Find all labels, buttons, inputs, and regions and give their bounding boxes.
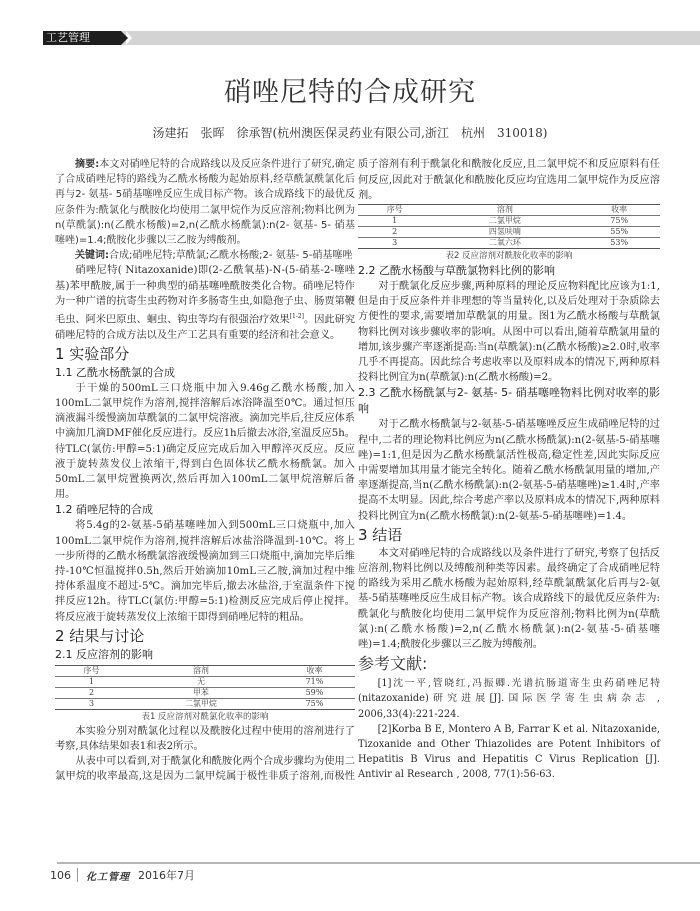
table-cell: 55% (578, 227, 660, 238)
section-2-1-heading: 2.1 反应溶剂的影响 (55, 647, 355, 663)
table-header-cell: 收率 (578, 205, 660, 216)
footer-divider (77, 868, 78, 882)
table-cell: 二氯甲烷 (431, 216, 578, 227)
table-header-row: 序号 溶剂 收率 (358, 205, 660, 216)
journal-name: 化工管理 (86, 868, 130, 883)
keywords-label: 关键词: (75, 250, 109, 261)
table-cell: 1 (55, 676, 128, 687)
table-1: 序号 溶剂 收率 1 无 71% 2 甲苯 59% 3 二氯甲烷 75% (55, 665, 355, 710)
header-band (43, 31, 700, 45)
table-cell: 2 (358, 227, 431, 238)
table-1-caption: 表1 反应溶剂对酰氯化收率的影响 (55, 710, 355, 724)
section-1-heading: 1 实验部分 (55, 344, 355, 364)
intro-paragraph: 硝唑尼特( Nitazoxanide)即(2-乙酰氧基)-N-(5-硝基-2-噻… (55, 263, 355, 342)
citation: [1-2] (290, 313, 304, 320)
table-header-cell: 序号 (358, 205, 431, 216)
section-tag: 工艺管理 (43, 31, 121, 45)
section-2-1-continued: 从表中可以看到,对于酰氯化和酰胺化两个合成步骤均为使用二氯甲烷的收率最高,这是因… (358, 157, 660, 202)
right-column: 从表中可以看到,对于酰氯化和酰胺化两个合成步骤均为使用二氯甲烷的收率最高,这是因… (358, 157, 660, 783)
abstract: 摘要:本文对硝唑尼特的合成路线以及反应条件进行了研究,确定了合成硝唑尼特的路线为… (55, 157, 355, 248)
table-row: 3 二氯甲烷 75% (55, 698, 355, 709)
section-1-1-heading: 1.1 乙酰水杨酰氯的合成 (55, 365, 355, 381)
table-cell: 无 (128, 676, 274, 687)
tag-arrow-icon (121, 31, 128, 45)
table-row: 3 二氧六环 53% (358, 238, 660, 249)
table-row: 1 二氯甲烷 75% (358, 216, 660, 227)
section-1-2-text: 将5.4g的2-氨基-5硝基噻唑加入到500mL三口烧瓶中,加入100mL二氯甲… (55, 518, 355, 624)
section-2-1-text-1: 本实验分别对酰氯化过程以及酰胺化过程中使用的溶剂进行了考察,具体结果如表1和表2… (55, 724, 355, 754)
table-cell: 1 (358, 216, 431, 227)
section-2-1-text-2: 从表中可以看到,对于酰氯化和酰胺化两个合成步骤均为使用二氯甲烷的收率最高,这是因… (55, 754, 355, 784)
section-1-1-text: 于干燥的500mL三口烧瓶中加入9.46g乙酰水杨酸,加入100mL二氯甲烷作为… (55, 381, 355, 503)
table-cell: 71% (274, 676, 355, 687)
reference-item: [2]Korba B E, Montero A B, Farrar K et a… (358, 722, 660, 783)
footer-rule (57, 862, 700, 864)
references-heading: 参考文献: (358, 653, 660, 675)
page-footer: 106 化工管理 2016年7月 (50, 866, 195, 884)
keywords-text: 合成;硝唑尼特;草酰氯;乙酰水杨酸;2- 氨基- 5-硝基噻唑 (109, 250, 352, 261)
section-1-2-heading: 1.2 硝唑尼特的合成 (55, 502, 355, 518)
keywords: 关键词:合成;硝唑尼特;草酰氯;乙酰水杨酸;2- 氨基- 5-硝基噻唑 (55, 248, 355, 263)
table-cell: 2 (55, 687, 128, 698)
section-2-heading: 2 结果与讨论 (55, 626, 355, 646)
section-2-3-text: 对于乙酰水杨酰氯与2-氨基-5-硝基噻唑反应生成硝唑尼特的过程中,二者的理论物料… (358, 417, 660, 523)
table-header-cell: 溶剂 (128, 665, 274, 676)
table-header-cell: 序号 (55, 665, 128, 676)
table-row: 1 无 71% (55, 676, 355, 687)
abstract-label: 摘要: (75, 159, 99, 170)
left-column: 摘要:本文对硝唑尼特的合成路线以及反应条件进行了研究,确定了合成硝唑尼特的路线为… (55, 157, 355, 784)
table-header-cell: 收率 (274, 665, 355, 676)
table-cell: 二氧六环 (431, 238, 578, 249)
table-cell: 3 (55, 698, 128, 709)
table-cell: 53% (578, 238, 660, 249)
section-2-2-text: 对于酰氯化反应步骤,两种原料的理论反应物料配比应该为1:1,但是由于反应条件并非… (358, 279, 660, 385)
table-cell: 3 (358, 238, 431, 249)
article-title: 硝唑尼特的合成研究 (0, 70, 700, 109)
table-cell: 甲苯 (128, 687, 274, 698)
table-cell: 75% (274, 698, 355, 709)
table-cell: 75% (578, 216, 660, 227)
section-3-text: 本文对硝唑尼特的合成路线以及条件进行了研究,考察了包括反应溶剂,物料比例以及缚酸… (358, 546, 660, 652)
table-cell: 四氢呋喃 (431, 227, 578, 238)
issue-date: 2016年7月 (138, 867, 195, 883)
section-2-3-heading: 2.3 乙酰水杨酰氯与2- 氨基- 5- 硝基噻唑物料比例对收率的影响 (358, 385, 660, 417)
table-cell: 二氯甲烷 (128, 698, 274, 709)
section-2-2-heading: 2.2 乙酰水杨酸与草酰氯物料比例的影响 (358, 263, 660, 279)
page-number: 106 (50, 869, 71, 882)
abstract-text: 本文对硝唑尼特的合成路线以及反应条件进行了研究,确定了合成硝唑尼特的路线为乙酰水… (55, 159, 355, 246)
table-2-caption: 表2 反应溶剂对酰胺化收率的影响 (358, 249, 660, 263)
table-row: 2 甲苯 59% (55, 687, 355, 698)
continued-text: 从表中可以看到,对于酰氯化和酰胺化两个合成步骤均为使用二氯甲烷的收率最高,这是因… (358, 157, 660, 202)
reference-item: [1]沈一平,管晓红,冯振卿.光谱抗肠道寄生虫药硝唑尼特(nitazoxanid… (358, 676, 660, 722)
table-header-row: 序号 溶剂 收率 (55, 665, 355, 676)
table-header-cell: 溶剂 (431, 205, 578, 216)
section-3-heading: 3 结语 (358, 525, 660, 545)
table-row: 2 四氢呋喃 55% (358, 227, 660, 238)
table-cell: 59% (274, 687, 355, 698)
article-authors: 汤建拓 张晖 徐承智(杭州澳医保灵药业有限公司,浙江 杭州 310018) (0, 124, 700, 141)
table-2: 序号 溶剂 收率 1 二氯甲烷 75% 2 四氢呋喃 55% 3 二氧六环 53… (358, 204, 660, 249)
